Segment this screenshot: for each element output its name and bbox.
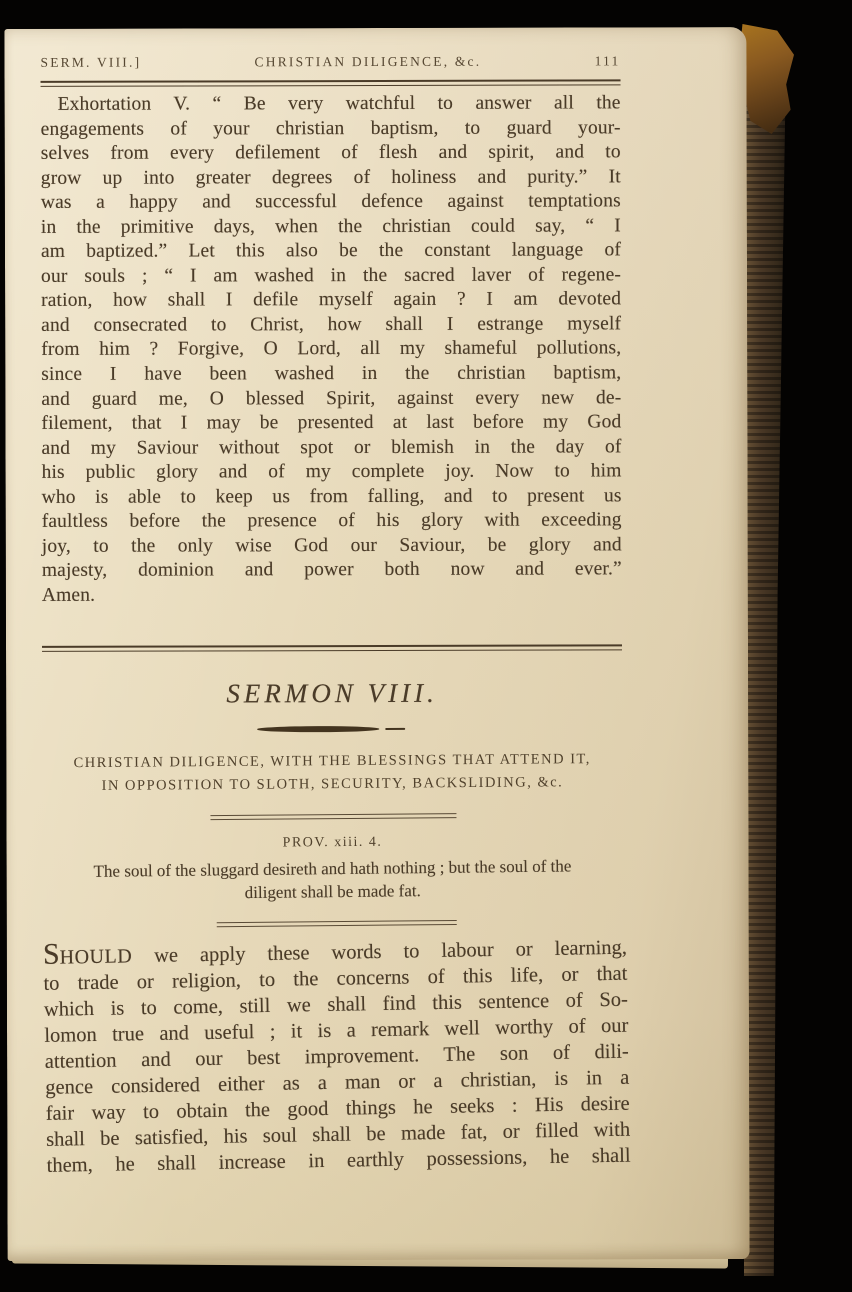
paragraph-line: Amen. [42, 582, 622, 608]
paragraph-line: in the primitive days, when the christia… [41, 214, 621, 240]
paragraph-line: who is able to keep us from falling, and… [42, 484, 622, 510]
sermon-number-heading: SERMON VIII. [42, 677, 622, 710]
exhortation-paragraph: Exhortation V. “ Be very watchful to ans… [41, 91, 622, 608]
title-double-rule [210, 813, 456, 819]
paragraph-line: since I have been washed in the christia… [41, 361, 621, 387]
paragraph-line: am baptized.” Let this also be the const… [41, 239, 621, 265]
paragraph-line: grow up into greater degrees of holiness… [41, 165, 621, 191]
paragraph-line: our souls ; “ I am washed in the sacred … [41, 263, 621, 289]
paragraph-line: engagements of your christian baptism, t… [41, 116, 621, 142]
section-double-rule [42, 644, 622, 652]
paragraph-line: and consecrated to Christ, how shall I e… [41, 312, 621, 338]
running-header-title: CHRISTIAN DILIGENCE, &c. [255, 54, 482, 71]
swelled-rule-lens [257, 726, 379, 732]
swelled-rule-dash [385, 728, 405, 730]
paragraph-line: joy, to the only wise God our Saviour, b… [42, 533, 622, 559]
paragraph-line: filement, that I may be presented at las… [41, 410, 621, 436]
paragraph-line: faultless before the presence of his glo… [42, 509, 622, 535]
running-header-left: SERM. VIII.] [40, 55, 141, 71]
page-number: 111 [595, 53, 621, 69]
epigraph-double-rule [217, 920, 457, 927]
paragraph-line: ration, how shall I defile myself again … [41, 288, 621, 314]
header-double-rule [41, 79, 621, 87]
book-fore-edge [744, 34, 792, 1276]
sermon-body-paragraph: SHOULD we apply these words to labour or… [43, 935, 631, 1179]
lead-word-rest: HOULD [60, 945, 133, 968]
paragraph-line: selves from every defilement of flesh an… [41, 140, 621, 166]
book-page: SERM. VIII.] CHRISTIAN DILIGENCE, &c. 11… [4, 27, 749, 1261]
paragraph-line: was a happy and successful defence again… [41, 190, 621, 216]
paragraph-line: and guard me, O blessed Spirit, against … [41, 386, 621, 412]
drop-cap: S [43, 938, 60, 971]
photo-background: SERM. VIII.] CHRISTIAN DILIGENCE, &c. 11… [0, 0, 852, 1292]
paragraph-line: his public glory and of my complete joy.… [42, 460, 622, 486]
scripture-epigraph: The soul of the sluggard desireth and ha… [32, 854, 632, 907]
sermon-title-line2: IN OPPOSITION TO SLOTH, SECURITY, BACKSL… [26, 771, 638, 799]
paragraph-line: and my Saviour without spot or blemish i… [41, 435, 621, 461]
swelled-rule-ornament [257, 726, 407, 732]
paragraph-line: majesty, dominion and power both now and… [42, 558, 622, 584]
paragraph-line: from him ? Forgive, O Lord, all my shame… [41, 337, 621, 363]
sermon-title: CHRISTIAN DILIGENCE, WITH THE BLESSINGS … [26, 748, 638, 799]
running-header: SERM. VIII.] CHRISTIAN DILIGENCE, &c. 11… [40, 53, 620, 71]
paragraph-line: Exhortation V. “ Be very watchful to ans… [41, 91, 621, 117]
scripture-reference: PROV. xiii. 4. [42, 833, 622, 854]
